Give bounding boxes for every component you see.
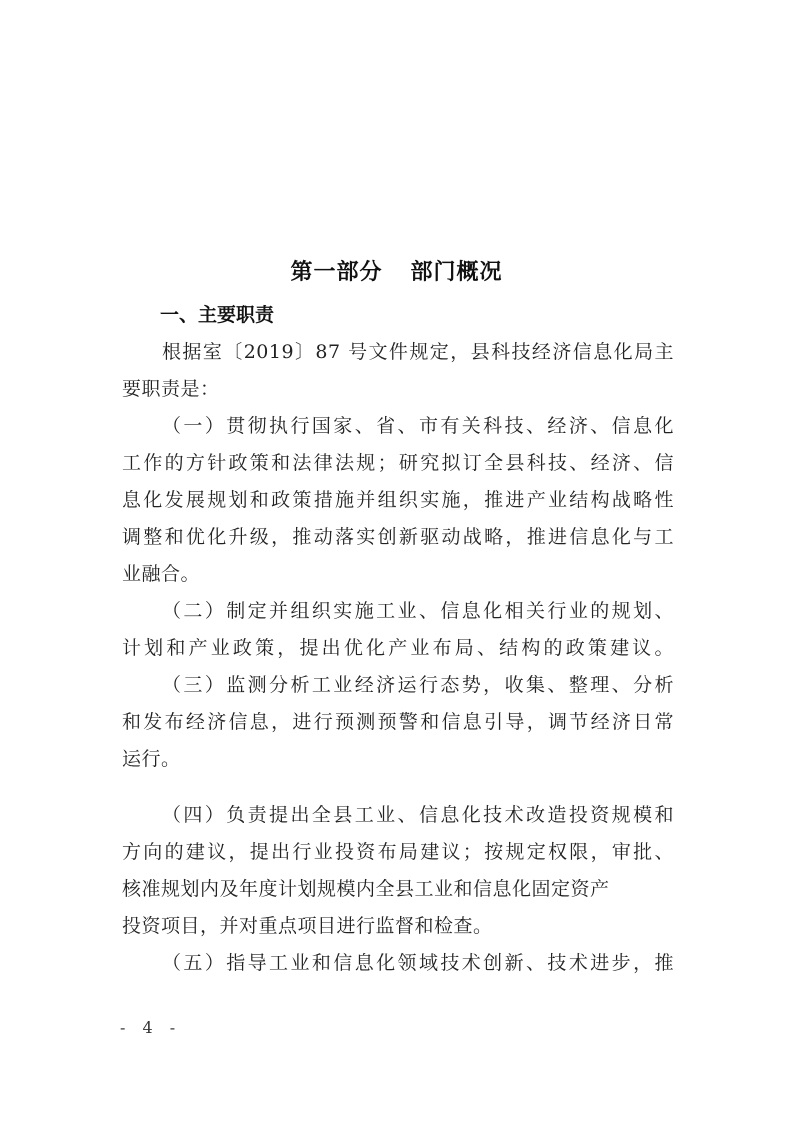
text-line: （四）负责提出全县工业、信息化技术改造投资规模和 [162,800,674,827]
text-line: 息化发展规划和政策措施并组织实施，推进产业结构战略性 [122,485,674,512]
text-line: 要职责是： [122,374,674,401]
document-page: 第一部分部门概况 一、主要职责 根据室〔2019〕87 号文件规定，县科技经济信… [0,0,793,1122]
page-title: 第一部分部门概况 [0,255,793,286]
title-part: 第一部分 [290,260,382,285]
title-name: 部门概况 [411,260,503,285]
text-line: 核准规划内及年度计划规模内全县工业和信息化固定资产 [122,874,674,901]
text-line: 根据室〔2019〕87 号文件规定，县科技经济信息化局主 [162,337,674,364]
text-line: 和发布经济信息，进行预测预警和信息引导，调节经济日常 [122,707,674,734]
text-line: （一）贯彻执行国家、省、市有关科技、经济、信息化 [162,411,674,438]
text-line: 计划和产业政策，提出优化产业布局、结构的政策建议。 [122,633,674,660]
text-line: 方向的建议，提出行业投资布局建议；按规定权限，审批、 [122,837,674,864]
text-line: 调整和优化升级，推动落实创新驱动战略，推进信息化与工 [122,522,674,549]
text-line: （三）监测分析工业经济运行态势，收集、整理、分析 [162,670,674,697]
section-heading: 一、主要职责 [160,300,274,327]
text-line: （二）制定并组织实施工业、信息化相关行业的规划、 [162,596,674,623]
page-number: - 4 - [120,1018,181,1037]
text-line: 工作的方针政策和法律法规；研究拟订全县科技、经济、信 [122,448,674,475]
text-line: （五）指导工业和信息化领域技术创新、技术进步，推 [162,948,674,975]
text-line: 业融合。 [122,559,674,586]
text-line: 运行。 [122,744,674,771]
text-line: 投资项目，并对重点项目进行监督和检查。 [122,911,674,938]
